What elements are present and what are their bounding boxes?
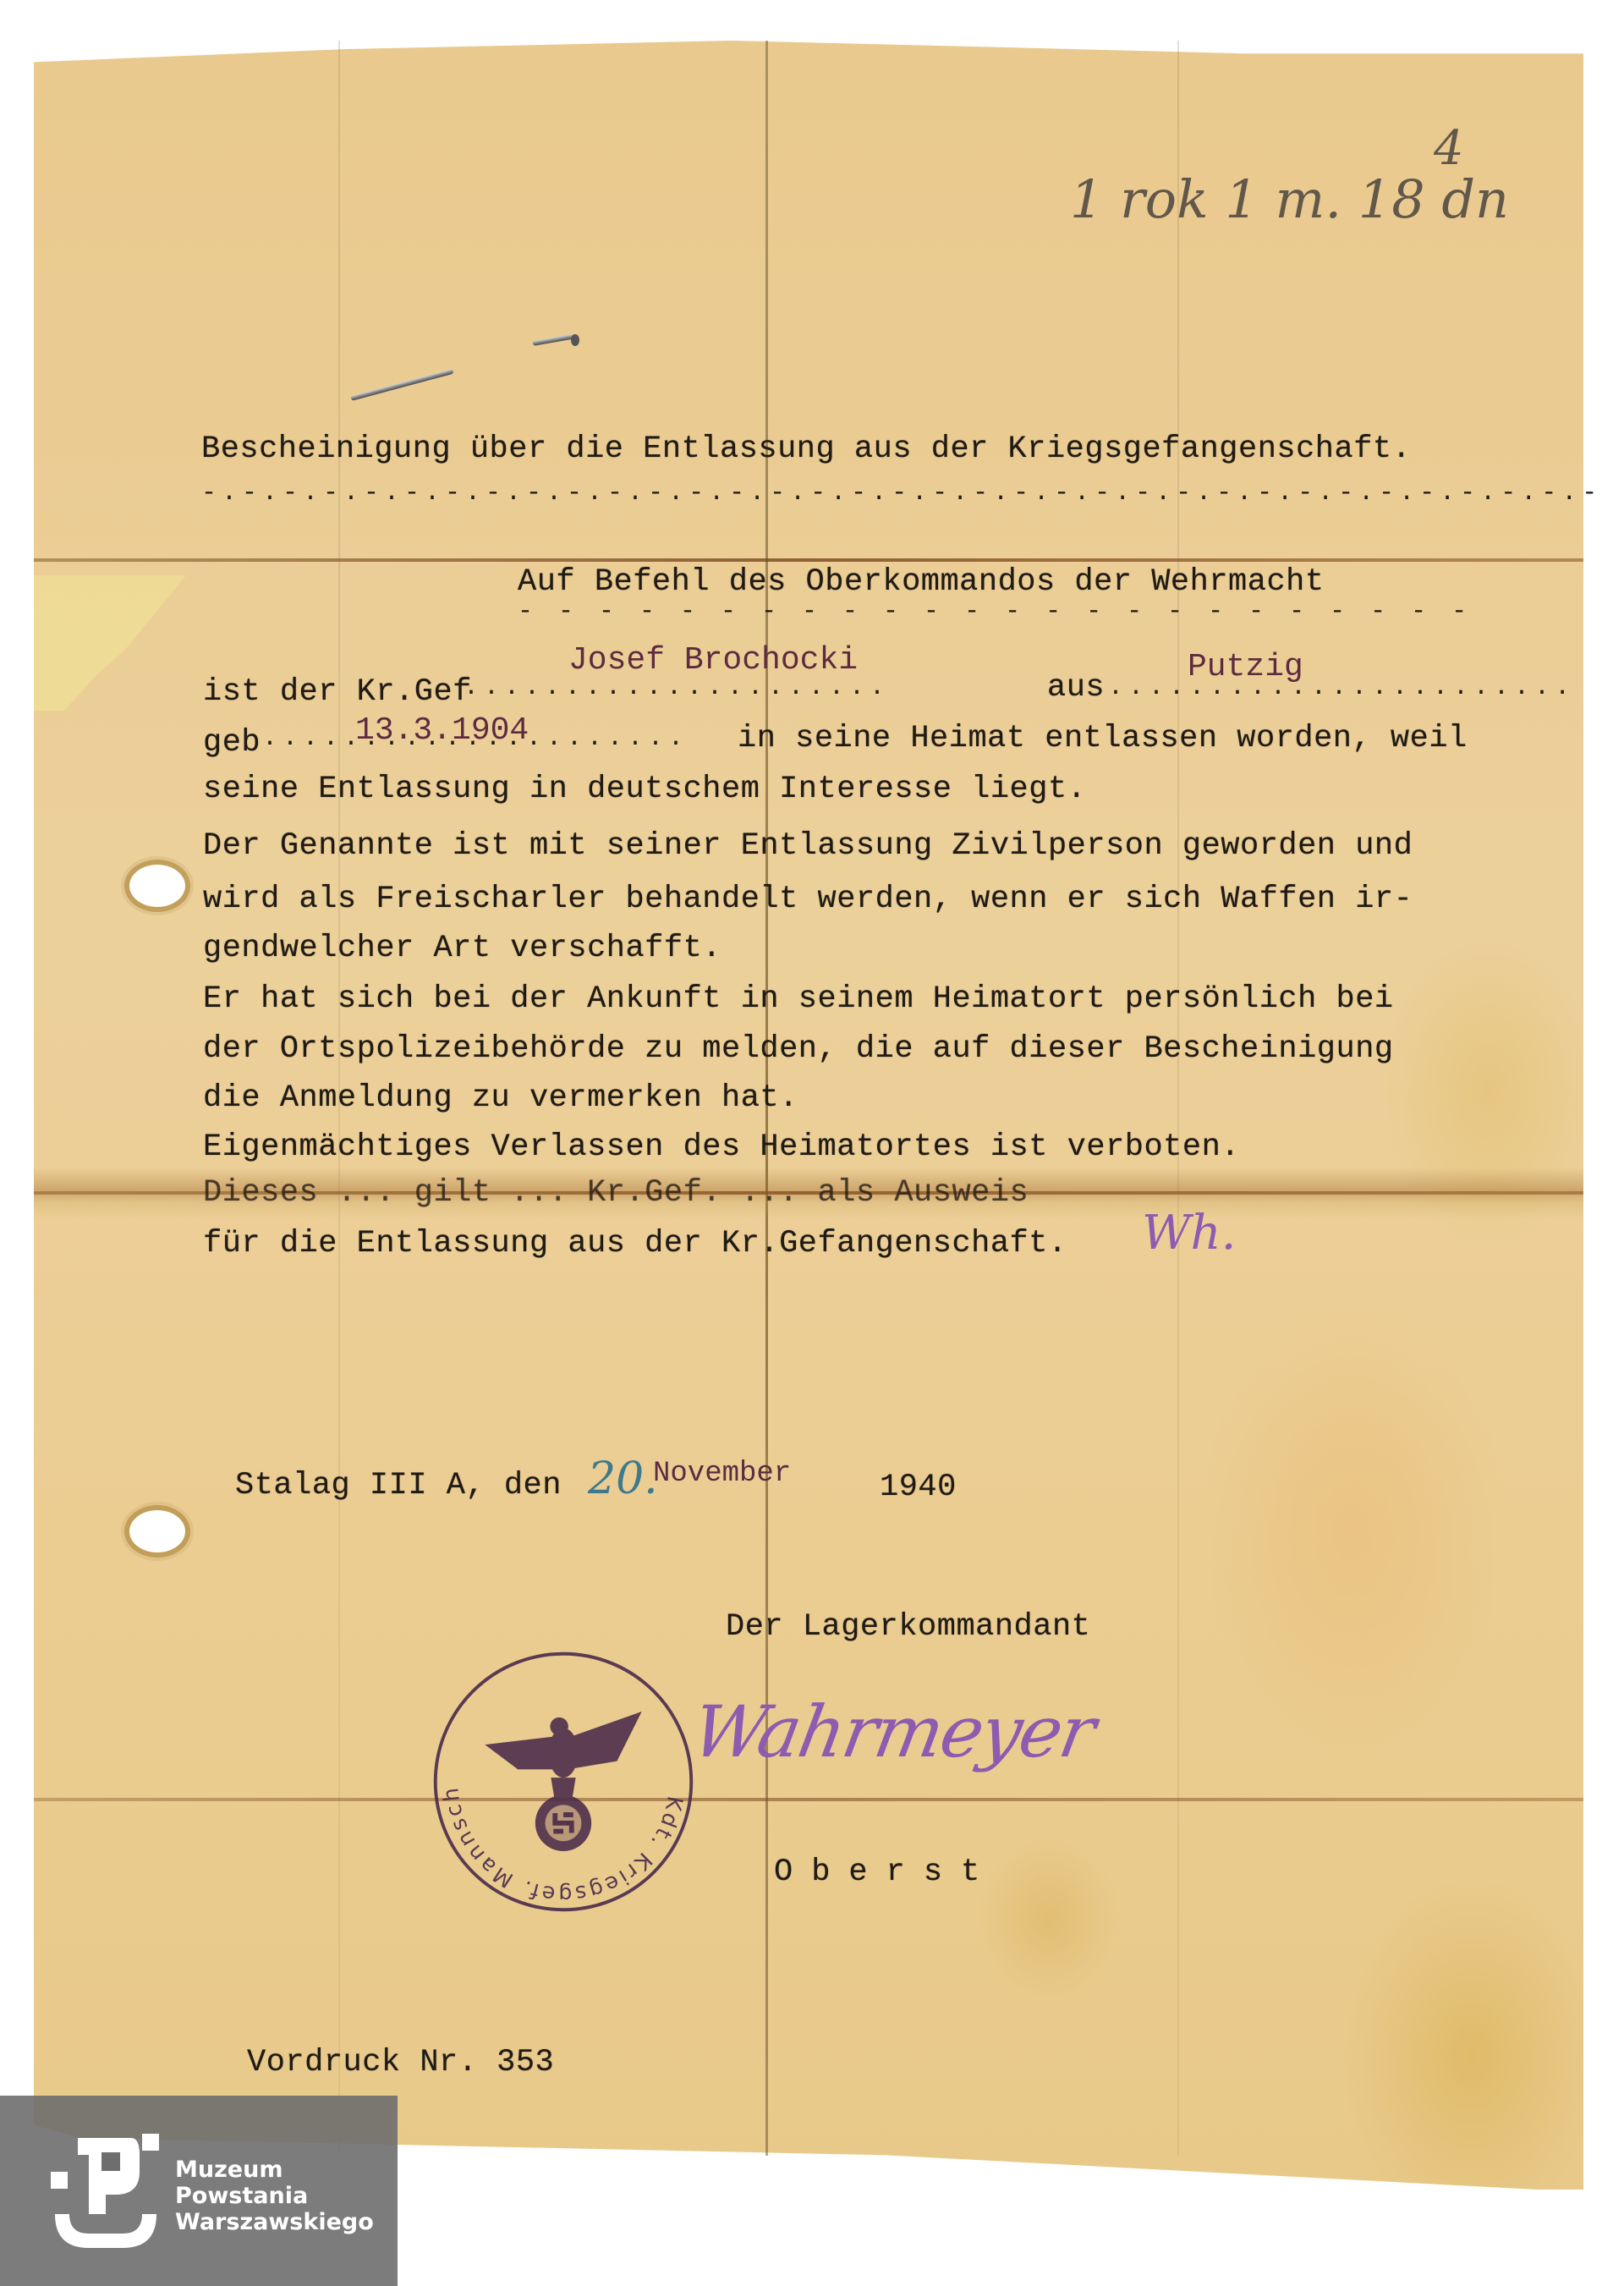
prisoner-label: ist der Kr.Gef bbox=[203, 677, 472, 708]
signer-role: Der Lagerkommandant bbox=[726, 1612, 1090, 1643]
initials: Wh. bbox=[1142, 1210, 1236, 1257]
body-line: seine Entlassung in deutschem Interesse … bbox=[203, 774, 1086, 805]
damaged-body-line: Dieses ... gilt ... Kr.Gef. ... als Ausw… bbox=[203, 1178, 1029, 1209]
date-day: 20. bbox=[588, 1457, 658, 1501]
body-line: Der Genannte ist mit seiner Entlassung Z… bbox=[203, 831, 1413, 862]
museum-name-line: Warszawskiego bbox=[175, 2209, 374, 2235]
body-line: die Anmeldung zu vermerken hat. bbox=[203, 1083, 798, 1114]
document-title: Bescheinigung über die Entlassung aus de… bbox=[201, 434, 1411, 465]
order-underline: - - - - - - - - - - - - - - - - - - - - … bbox=[518, 599, 1472, 624]
museum-watermark: Muzeum Powstania Warszawskiego bbox=[0, 2096, 398, 2286]
signer-rank: Oberst bbox=[774, 1857, 998, 1888]
vertical-crease bbox=[1177, 41, 1179, 2156]
museum-name: Muzeum Powstania Warszawskiego bbox=[175, 2157, 374, 2235]
museum-logo-icon bbox=[51, 2134, 161, 2252]
date-month: November bbox=[653, 1459, 791, 1488]
body-line: für die Entlassung aus der Kr.Gefangensc… bbox=[203, 1228, 1067, 1260]
museum-name-line: Powstania bbox=[175, 2183, 374, 2209]
from-label: aus bbox=[1047, 673, 1105, 704]
signature: Wahrmeyer bbox=[688, 1696, 1100, 1767]
punch-hole bbox=[129, 1510, 185, 1552]
dotted-fill: ..................... bbox=[464, 675, 890, 701]
date-year: 1940 bbox=[880, 1472, 957, 1503]
horizontal-fold bbox=[34, 1798, 1583, 1801]
body-line: Eigenmächtiges Verlassen des Heimatortes… bbox=[203, 1132, 1240, 1163]
dotted-fill: ....................... bbox=[1108, 675, 1575, 701]
dotted-fill: ..................... bbox=[262, 726, 689, 751]
place-label: Stalag III A, den bbox=[235, 1470, 562, 1502]
prisoner-name: Josef Brochocki bbox=[568, 645, 858, 677]
pencil-note: 1 rok 1 m. 18 dn bbox=[1070, 173, 1509, 226]
eagle-stamp-icon: Kdt. Kriegsgef. Mannsch. Stammlg. III A bbox=[427, 1646, 700, 1918]
punch-hole bbox=[129, 865, 185, 907]
body-line: gendwelcher Art verschafft. bbox=[203, 933, 721, 964]
order-line: Auf Befehl des Oberkommandos der Wehrmac… bbox=[518, 567, 1325, 598]
body-line: in seine Heimat entlassen worden, weil bbox=[738, 723, 1468, 755]
horizontal-fold bbox=[34, 558, 1583, 562]
title-underline: -.-.-.-.-.-.-.-.-.-.-.-.-.-.-.-.-.-.-.-.… bbox=[201, 481, 1602, 506]
body-line: wird als Freischarler behandelt werden, … bbox=[203, 884, 1413, 915]
birth-label: geb bbox=[203, 728, 261, 759]
pin-head-icon bbox=[571, 334, 579, 346]
page-number: 4 bbox=[1434, 125, 1464, 173]
museum-name-line: Muzeum bbox=[175, 2157, 374, 2183]
form-number: Vordruck Nr. 353 bbox=[247, 2047, 554, 2079]
body-line: Er hat sich bei der Ankunft in seinem He… bbox=[203, 984, 1394, 1015]
body-line: der Ortspolizeibehörde zu melden, die au… bbox=[203, 1034, 1394, 1065]
